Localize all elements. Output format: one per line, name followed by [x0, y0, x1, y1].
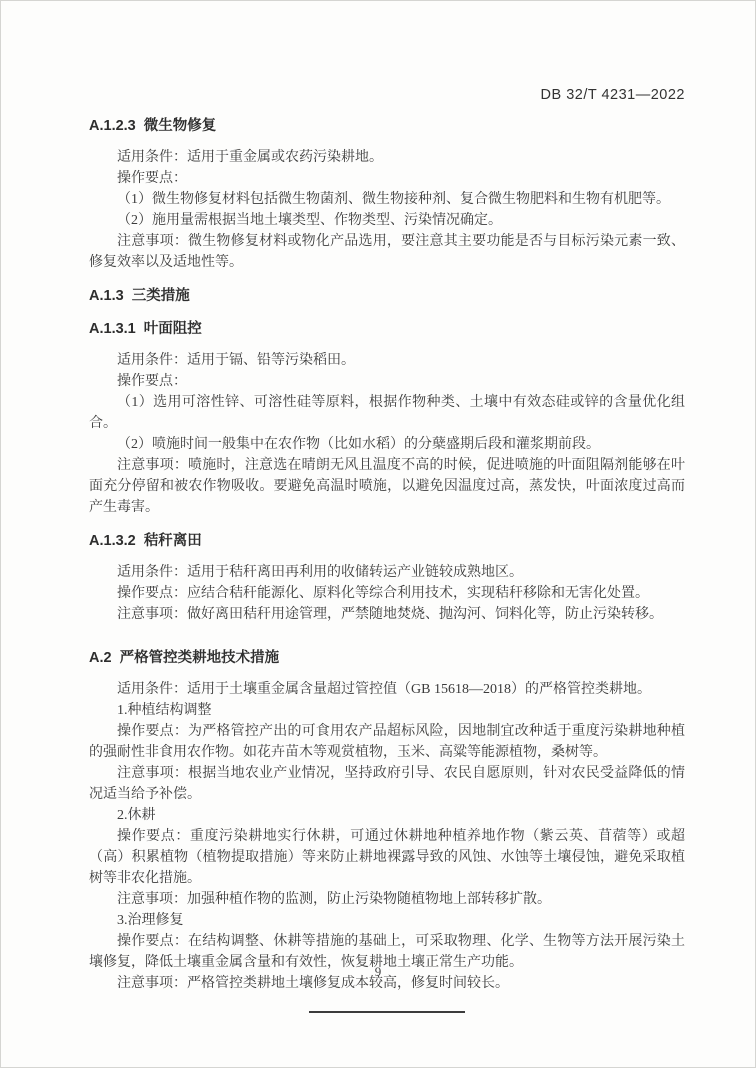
section-body-a131: 适用条件：适用于镉、铅等污染稻田。 操作要点： （1）选用可溶性锌、可溶性硅等原… — [89, 350, 685, 518]
section-body-a123: 适用条件：适用于重金属或农药污染耕地。 操作要点： （1）微生物修复材料包括微生… — [89, 147, 685, 273]
paragraph: 操作要点：为严格管控产出的可食用农产品超标风险，因地制宜改种适于重度污染耕地种植… — [89, 721, 685, 763]
section-body-a132: 适用条件：适用于秸秆离田再利用的收储转运产业链较成熟地区。 操作要点：应结合秸秆… — [89, 562, 685, 625]
section-heading-a13: A.1.3 三类措施 — [89, 286, 685, 306]
paragraph: 注意事项：喷施时，注意选在晴朗无风且温度不高的时候，促进喷施的叶面阻隔剂能够在叶… — [89, 455, 685, 518]
paragraph: 适用条件：适用于镉、铅等污染稻田。 — [89, 350, 685, 371]
section-heading-a123: A.1.2.3 微生物修复 — [89, 116, 685, 136]
document-end-line — [309, 1011, 465, 1013]
document-page: DB 32/T 4231—2022 A.1.2.3 微生物修复 适用条件：适用于… — [0, 0, 756, 1068]
paragraph: （2）喷施时间一般集中在农作物（比如水稻）的分蘖盛期后段和灌浆期前段。 — [89, 434, 685, 455]
section-heading-a131: A.1.3.1 叶面阻控 — [89, 319, 685, 339]
section-body-a2: 适用条件：适用于土壤重金属含量超过管控值（GB 15618—2018）的严格管控… — [89, 679, 685, 994]
paragraph: （1）选用可溶性锌、可溶性硅等原料，根据作物种类、土壤中有效态硅或锌的含量优化组… — [89, 392, 685, 434]
paragraph: 注意事项：加强种植作物的监测，防止污染物随植物地上部转移扩散。 — [89, 889, 685, 910]
paragraph: 注意事项：做好离田秸秆用途管理，严禁随地焚烧、抛沟河、饲料化等，防止污染转移。 — [89, 604, 685, 625]
paragraph: 操作要点： — [89, 371, 685, 392]
paragraph: 3.治理修复 — [89, 910, 685, 931]
paragraph: 适用条件：适用于土壤重金属含量超过管控值（GB 15618—2018）的严格管控… — [89, 679, 685, 700]
paragraph: 2.休耕 — [89, 805, 685, 826]
standard-number-header: DB 32/T 4231—2022 — [89, 87, 685, 103]
paragraph: 适用条件：适用于秸秆离田再利用的收储转运产业链较成熟地区。 — [89, 562, 685, 583]
paragraph: 操作要点：应结合秸秆能源化、原料化等综合利用技术，实现秸秆移除和无害化处置。 — [89, 583, 685, 604]
paragraph: 操作要点： — [89, 168, 685, 189]
paragraph: （1）微生物修复材料包括微生物菌剂、微生物接种剂、复合微生物肥料和生物有机肥等。 — [89, 189, 685, 210]
paragraph: 1.种植结构调整 — [89, 700, 685, 721]
paragraph: （2）施用量需根据当地土壤类型、作物类型、污染情况确定。 — [89, 210, 685, 231]
paragraph: 注意事项：微生物修复材料或物化产品选用，要注意其主要功能是否与目标污染元素一致、… — [89, 231, 685, 273]
paragraph: 操作要点：重度污染耕地实行休耕，可通过休耕地种植养地作物（紫云英、苜蓿等）或超（… — [89, 826, 685, 889]
section-heading-a2: A.2 严格管控类耕地技术措施 — [89, 648, 685, 668]
page-number: 9 — [1, 964, 755, 980]
paragraph: 适用条件：适用于重金属或农药污染耕地。 — [89, 147, 685, 168]
paragraph: 注意事项：根据当地农业产业情况，坚持政府引导、农民自愿原则，针对农民受益降低的情… — [89, 763, 685, 805]
section-heading-a132: A.1.3.2 秸秆离田 — [89, 531, 685, 551]
